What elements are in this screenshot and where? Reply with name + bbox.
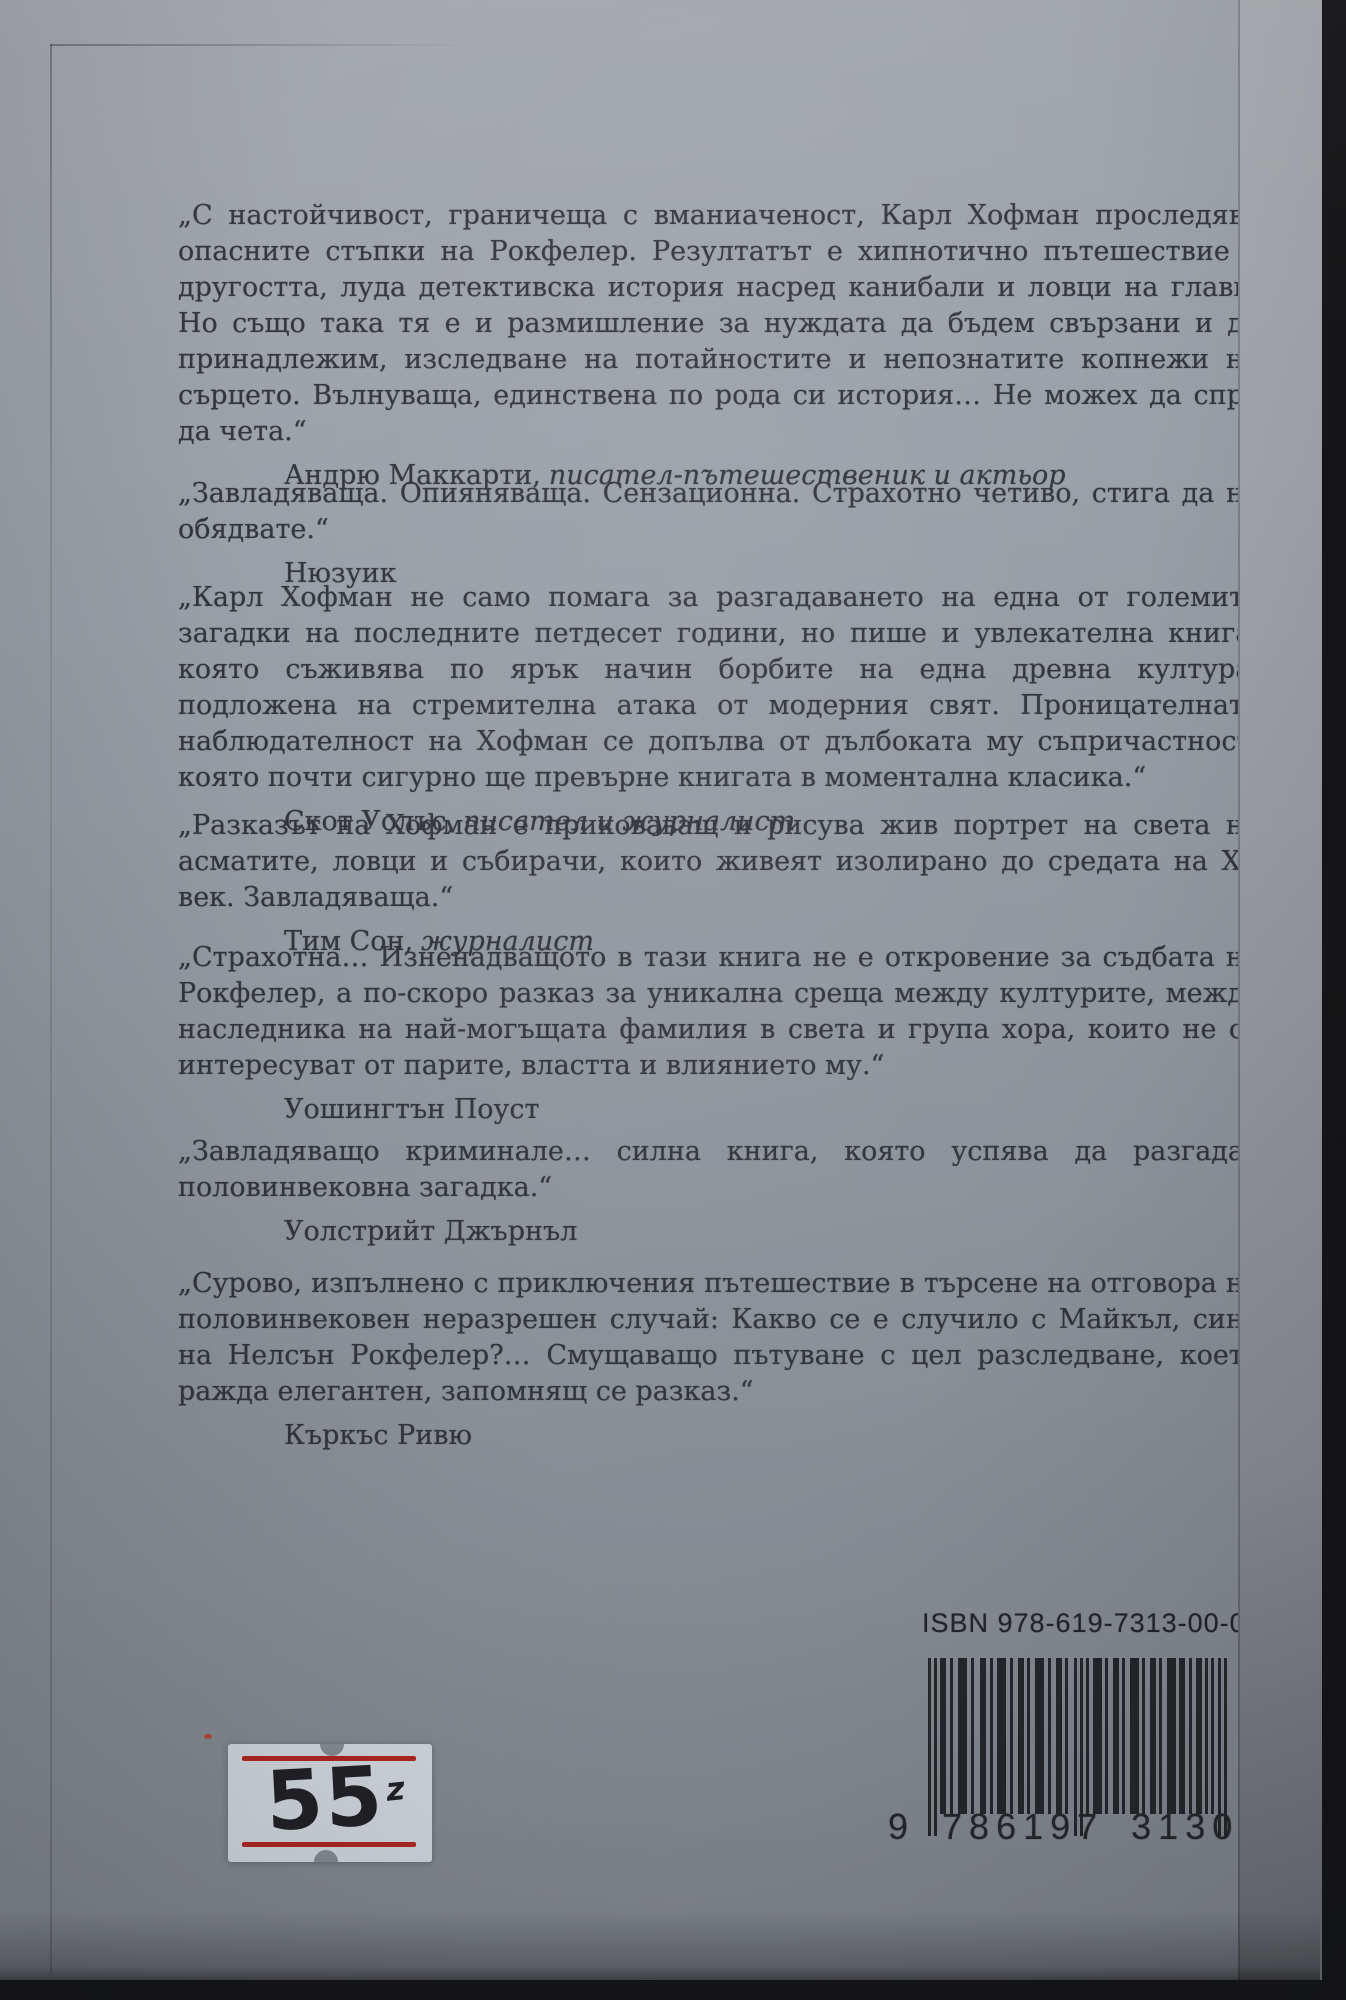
quote-attribution: Уолстрийт Джърнъл [178,1214,1260,1250]
review-quote-wsj: „Завладяващо криминале… силна книга, коя… [178,1134,1260,1250]
review-quote-sohn: „Разказът на Хофман е приковаващ и рисув… [178,808,1260,960]
quote-text: „Сурово, изпълнено с приключения пътешес… [178,1266,1260,1410]
photo-background: „С настойчивост, граничеща с вманиаченос… [0,0,1346,2000]
red-mark [204,1734,212,1739]
isbn-section: ISBN 978-619-7313-00-0 [922,1608,1258,1639]
review-quote-newsweek: „Завладяваща. Опияняваща. Сензационна. С… [178,476,1260,592]
quote-text: „С настойчивост, граничеща с вманиаченос… [178,198,1260,450]
cover-crease-horizontal [50,44,480,46]
quote-text: „Разказът на Хофман е приковаващ и рисув… [178,808,1260,916]
isbn-label: ISBN 978-619-7313-00-0 [922,1608,1258,1639]
quote-attribution: Уошингтън Поуст [178,1092,1260,1128]
book-back-cover: „С настойчивост, граничеща с вманиаченос… [0,0,1320,1980]
review-quote-washington-post: „Страхотна… Изненадващото в тази книга н… [178,940,1260,1128]
quote-source: Къркъс Ривю [284,1420,472,1451]
quote-text: „Завладяващо криминале… силна книга, коя… [178,1134,1260,1206]
quote-source: Уолстрийт Джърнъл [284,1216,577,1247]
price-value: 55 [263,1747,386,1853]
quote-text: „Завладяваща. Опияняваща. Сензационна. С… [178,476,1260,548]
price-unit: z [384,1769,406,1809]
quote-text: „Страхотна… Изненадващото в тази книга н… [178,940,1260,1084]
book-page-edge [1238,0,1322,1980]
review-quote-mccarthy: „С настойчивост, граничеща с вманиаченос… [178,198,1260,494]
quote-source: Уошингтън Поуст [284,1094,539,1125]
quote-attribution: Къркъс Ривю [178,1418,1260,1454]
barcode-digits: 9 786197 313000 [888,1806,1258,1848]
price-sticker: 55 z [228,1744,432,1862]
review-quote-wallace: „Карл Хофман не само помага за разгадава… [178,580,1260,840]
cover-crease-vertical [50,44,52,1974]
review-quote-kirkus: „Сурово, изпълнено с приключения пътешес… [178,1266,1260,1454]
sticker-notch-bottom [314,1850,338,1862]
quote-text: „Карл Хофман не само помага за разгадава… [178,580,1260,796]
